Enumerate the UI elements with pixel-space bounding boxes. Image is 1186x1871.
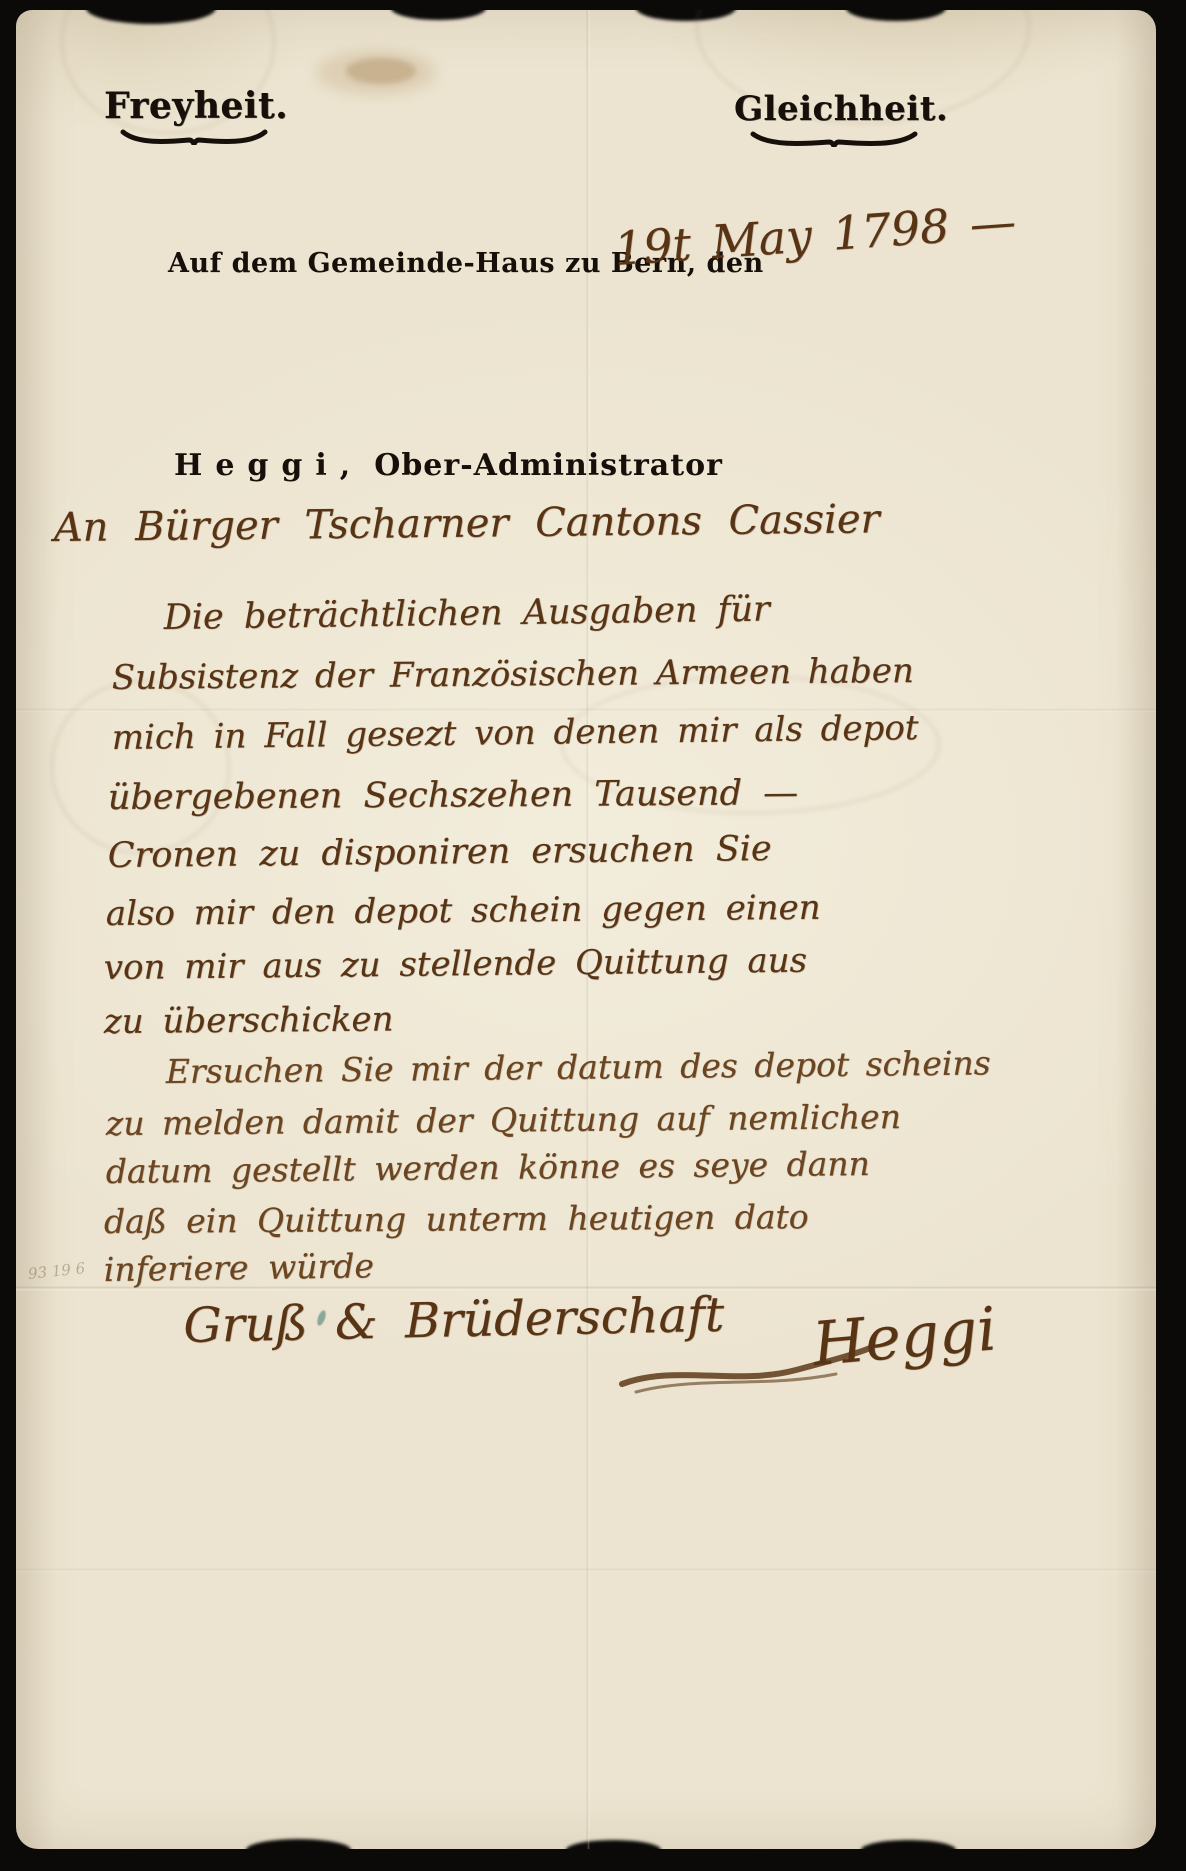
margin-note: 93 19 6 <box>27 1259 86 1283</box>
handwritten-line: zu melden damit der Quittung auf nemlich… <box>106 1097 901 1143</box>
handwritten-address-line: An Bürger Tscharner Cantons Cassier <box>54 496 880 551</box>
signatory-name: Heggi, <box>174 448 363 483</box>
handwritten-line: datum gestellt werden könne es seye dann <box>106 1144 870 1191</box>
paper-edge-notch <box>246 1839 351 1849</box>
signatory-title: Ober-Administrator <box>374 448 723 483</box>
motto-right-text: Gleichheit. <box>734 92 934 128</box>
swash-underline-icon <box>119 128 269 148</box>
printed-motto-right: Gleichheit. <box>734 92 934 150</box>
ink-ghost-mark <box>346 58 416 84</box>
swash-underline-icon <box>749 130 919 150</box>
handwritten-line: Cronen zu disponiren ersuchen Sie <box>108 829 772 876</box>
paper-edge-notch <box>861 1840 956 1849</box>
printed-motto-left: Freyheit. <box>104 88 284 148</box>
handwritten-line: zu überschicken <box>104 999 394 1042</box>
letter-page: Freyheit. Gleichheit. Auf dem Gemeinde-H… <box>16 10 1156 1849</box>
handwritten-signature: Heggi <box>810 1294 999 1380</box>
horizontal-fold-crease <box>16 1568 1156 1573</box>
stain-ring <box>51 680 230 854</box>
paper-edge-notch <box>391 10 486 20</box>
handwritten-line: also mir den depot schein gegen einen <box>106 888 821 934</box>
handwritten-line: Ersuchen Sie mir der datum des depot sch… <box>166 1043 991 1091</box>
handwritten-line: Die beträchtlichen Ausgaben für <box>163 590 770 638</box>
handwritten-line: übergebenen Sechszehen Tausend — <box>108 773 798 818</box>
paper-edge-notch <box>566 1840 661 1849</box>
handwritten-line: inferiere würde <box>103 1246 374 1289</box>
handwritten-line: von mir aus zu stellende Quittung aus <box>104 941 808 988</box>
printed-signatory-line: Heggi, Ober-Administrator <box>174 448 723 483</box>
handwritten-line: daß ein Quittung unterm heutigen dato <box>104 1197 809 1241</box>
handwritten-date: 19t May 1798 — <box>612 194 1017 276</box>
handwritten-line: Subsistenz der Französischen Armeen habe… <box>112 651 914 698</box>
motto-left-text: Freyheit. <box>104 88 284 126</box>
